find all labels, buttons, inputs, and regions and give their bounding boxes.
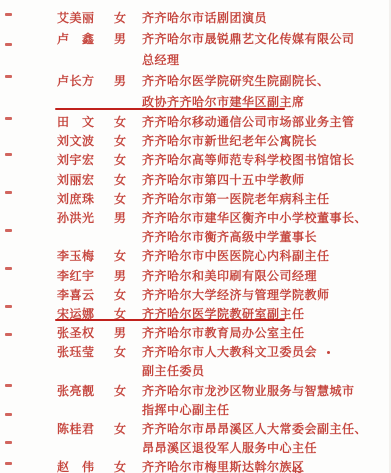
row-line: 副主任委员 [57,362,389,381]
person-title-line: 齐齐哈尔市昂昂溪区人大常委会副主任、 [142,420,367,439]
scan-artifact-mark [5,153,12,156]
person-row: 刘宇宏女齐齐哈尔高等师范专科学校图书馆馆长 [0,151,389,170]
person-name: 刘文波 [57,132,114,151]
person-title-line: 齐齐哈尔医学院研究生院副院长、 [142,71,330,92]
person-name: 卢长方 [57,71,114,92]
person-row: 田 文女齐齐哈尔移动通信公司市场部业务主管 [0,113,389,132]
person-row: 李喜云女齐齐哈尔大学经济与管理学院教师 [0,286,389,305]
person-gender: 男 [114,324,142,343]
row-line: 李红宇男齐齐哈尔和美印刷有限公司经理 [57,267,389,286]
row-line: 昂昂溪区退役军人服务中心主任 [57,439,389,458]
person-title-line: 齐齐哈尔市人大教科文卫委员会 [142,343,317,362]
person-row: 张圣权男齐齐哈尔市教育局办公室主任 [0,324,389,343]
person-name: 张亮靓 [57,382,114,401]
person-title-line: 副主任委员 [142,362,205,381]
person-gender: 女 [114,132,142,151]
person-name: 刘庶珠 [57,190,114,209]
person-gender: 女 [114,382,142,401]
scan-artifact-mark [5,13,12,16]
row-line: 宋运娜女齐齐哈尔医学院教研室副主任 [57,305,389,324]
person-name: 刘丽宏 [57,171,114,190]
person-row: 李红宇男齐齐哈尔和美印刷有限公司经理 [0,267,389,286]
red-underline-mark [55,108,285,111]
red-underline-mark [55,319,285,322]
person-title-line: 齐齐哈尔市第一医院老年病科主任 [142,190,330,209]
person-name: 李玉梅 [57,247,114,266]
row-line: 刘庶珠女齐齐哈尔市第一医院老年病科主任 [57,190,389,209]
row-line: 卢长方男齐齐哈尔医学院研究生院副院长、 [57,71,389,92]
person-title-line: 齐齐哈尔高等师范专科学校图书馆馆长 [142,151,355,170]
row-line: 陈桂君女齐齐哈尔市昂昂溪区人大常委会副主任、 [57,420,389,439]
row-line: 孙洪光男齐齐哈尔市建华区衡齐中小学校董事长、 [57,209,389,228]
person-name: 张珏莹 [57,343,114,362]
row-line: 刘丽宏女齐齐哈尔市第四十五中学教师 [57,171,389,190]
scan-artifact-mark [5,462,12,465]
row-line: 赵 伟女齐齐哈尔市梅里斯达斡尔族区 [57,458,389,473]
scan-artifact-mark [5,333,12,336]
person-gender: 男 [114,71,142,92]
person-gender: 女 [114,305,142,324]
person-name: 陈桂君 [57,420,114,439]
person-name: 宋运娜 [57,305,114,324]
scan-artifact-mark [5,384,12,387]
scan-artifact-mark [5,441,12,444]
row-line: 张亮靓女齐齐哈尔市龙沙区物业服务与智慧城市 [57,382,389,401]
person-row: 张亮靓女齐齐哈尔市龙沙区物业服务与智慧城市指挥中心副主任 [0,382,389,420]
person-gender: 男 [114,267,142,286]
scan-artifact-mark [5,413,12,416]
row-line: 张圣权男齐齐哈尔市教育局办公室主任 [57,324,389,343]
person-gender: 女 [114,458,142,473]
person-title-line: 齐齐哈尔市话剧团演员 [142,8,267,29]
person-name: 孙洪光 [57,209,114,228]
people-list: 艾美丽女齐齐哈尔市话剧团演员卢 鑫男齐齐哈尔市晟锐鼎艺文化传媒有限公司总经理卢长… [0,8,389,473]
person-name: 卢 鑫 [57,29,114,50]
person-gender: 女 [114,190,142,209]
person-title-line: 总经理 [142,50,180,71]
stray-dot-artifact [327,351,330,354]
person-name: 赵 伟 [57,458,114,473]
person-title-line: 指挥中心副主任 [142,401,230,420]
person-title-line: 昂昂溪区退役军人服务中心主任 [142,439,317,458]
person-name: 张圣权 [57,324,114,343]
person-row: 刘文波女齐齐哈尔市新世纪老年公寓院长 [0,132,389,151]
row-line: 李喜云女齐齐哈尔大学经济与管理学院教师 [57,286,389,305]
person-row: 卢长方男齐齐哈尔医学院研究生院副院长、政协齐齐哈尔市建华区副主席 [0,71,389,113]
row-line: 田 文女齐齐哈尔移动通信公司市场部业务主管 [57,113,389,132]
person-title-line: 齐齐哈尔大学经济与管理学院教师 [142,286,330,305]
scan-artifact-mark [5,75,12,78]
person-name: 田 文 [57,113,114,132]
person-title-line: 齐齐哈尔市晟锐鼎艺文化传媒有限公司 [142,29,355,50]
person-gender: 女 [114,8,142,29]
person-title-line: 齐齐哈尔市建华区衡齐中小学校董事长、 [142,209,367,228]
person-title-line: 齐齐哈尔市梅里斯达斡尔族区 [142,458,305,473]
row-line: 张珏莹女齐齐哈尔市人大教科文卫委员会 [57,343,389,362]
person-gender: 女 [114,113,142,132]
person-gender: 女 [114,286,142,305]
row-line: 刘宇宏女齐齐哈尔高等师范专科学校图书馆馆长 [57,151,389,170]
scan-artifact-mark [5,191,12,194]
row-line: 艾美丽女齐齐哈尔市话剧团演员 [57,8,389,29]
person-row: 卢 鑫男齐齐哈尔市晟锐鼎艺文化传媒有限公司总经理 [0,29,389,71]
row-line: 卢 鑫男齐齐哈尔市晟锐鼎艺文化传媒有限公司 [57,29,389,50]
row-line: 齐齐哈尔市衡齐高级中学董事长 [57,228,389,247]
scan-artifact-mark [5,43,12,46]
person-gender: 女 [114,420,142,439]
person-row: 宋运娜女齐齐哈尔医学院教研室副主任 [0,305,389,324]
person-gender: 男 [114,29,142,50]
person-row: 刘丽宏女齐齐哈尔市第四十五中学教师 [0,171,389,190]
person-name: 刘宇宏 [57,151,114,170]
person-gender: 女 [114,171,142,190]
person-row: 孙洪光男齐齐哈尔市建华区衡齐中小学校董事长、齐齐哈尔市衡齐高级中学董事长 [0,209,389,247]
person-gender: 女 [114,151,142,170]
person-row: 陈桂君女齐齐哈尔市昂昂溪区人大常委会副主任、昂昂溪区退役军人服务中心主任 [0,420,389,458]
row-line: 指挥中心副主任 [57,401,389,420]
scan-artifact-mark [5,117,12,120]
scanned-page: 艾美丽女齐齐哈尔市话剧团演员卢 鑫男齐齐哈尔市晟锐鼎艺文化传媒有限公司总经理卢长… [0,0,391,473]
person-gender: 女 [114,247,142,266]
person-name: 李红宇 [57,267,114,286]
person-title-line: 齐齐哈尔和美印刷有限公司经理 [142,267,317,286]
person-title-line: 齐齐哈尔医学院教研室副主任 [142,305,305,324]
person-gender: 女 [114,343,142,362]
person-row: 艾美丽女齐齐哈尔市话剧团演员 [0,8,389,29]
scan-artifact-mark [5,305,12,308]
row-line: 总经理 [57,50,389,71]
person-name: 艾美丽 [57,8,114,29]
row-line: 李玉梅女齐齐哈尔市中医医院心内科副主任 [57,247,389,266]
person-title-line: 齐齐哈尔市中医医院心内科副主任 [142,247,330,266]
page-number: 43 [292,465,302,473]
person-gender: 男 [114,209,142,228]
person-title-line: 齐齐哈尔市衡齐高级中学董事长 [142,228,317,247]
row-line: 刘文波女齐齐哈尔市新世纪老年公寓院长 [57,132,389,151]
scan-artifact-mark [5,267,12,270]
person-row: 刘庶珠女齐齐哈尔市第一医院老年病科主任 [0,190,389,209]
person-title-line: 齐齐哈尔移动通信公司市场部业务主管 [142,113,355,132]
person-title-line: 齐齐哈尔市新世纪老年公寓院长 [142,132,317,151]
person-row: 张珏莹女齐齐哈尔市人大教科文卫委员会副主任委员 [0,343,389,381]
person-name: 李喜云 [57,286,114,305]
person-title-line: 齐齐哈尔市教育局办公室主任 [142,324,305,343]
scan-artifact-mark [5,229,12,232]
person-row: 赵 伟女齐齐哈尔市梅里斯达斡尔族区 [0,458,389,473]
person-row: 李玉梅女齐齐哈尔市中医医院心内科副主任 [0,247,389,266]
person-title-line: 齐齐哈尔市第四十五中学教师 [142,171,305,190]
person-title-line: 齐齐哈尔市龙沙区物业服务与智慧城市 [142,382,355,401]
